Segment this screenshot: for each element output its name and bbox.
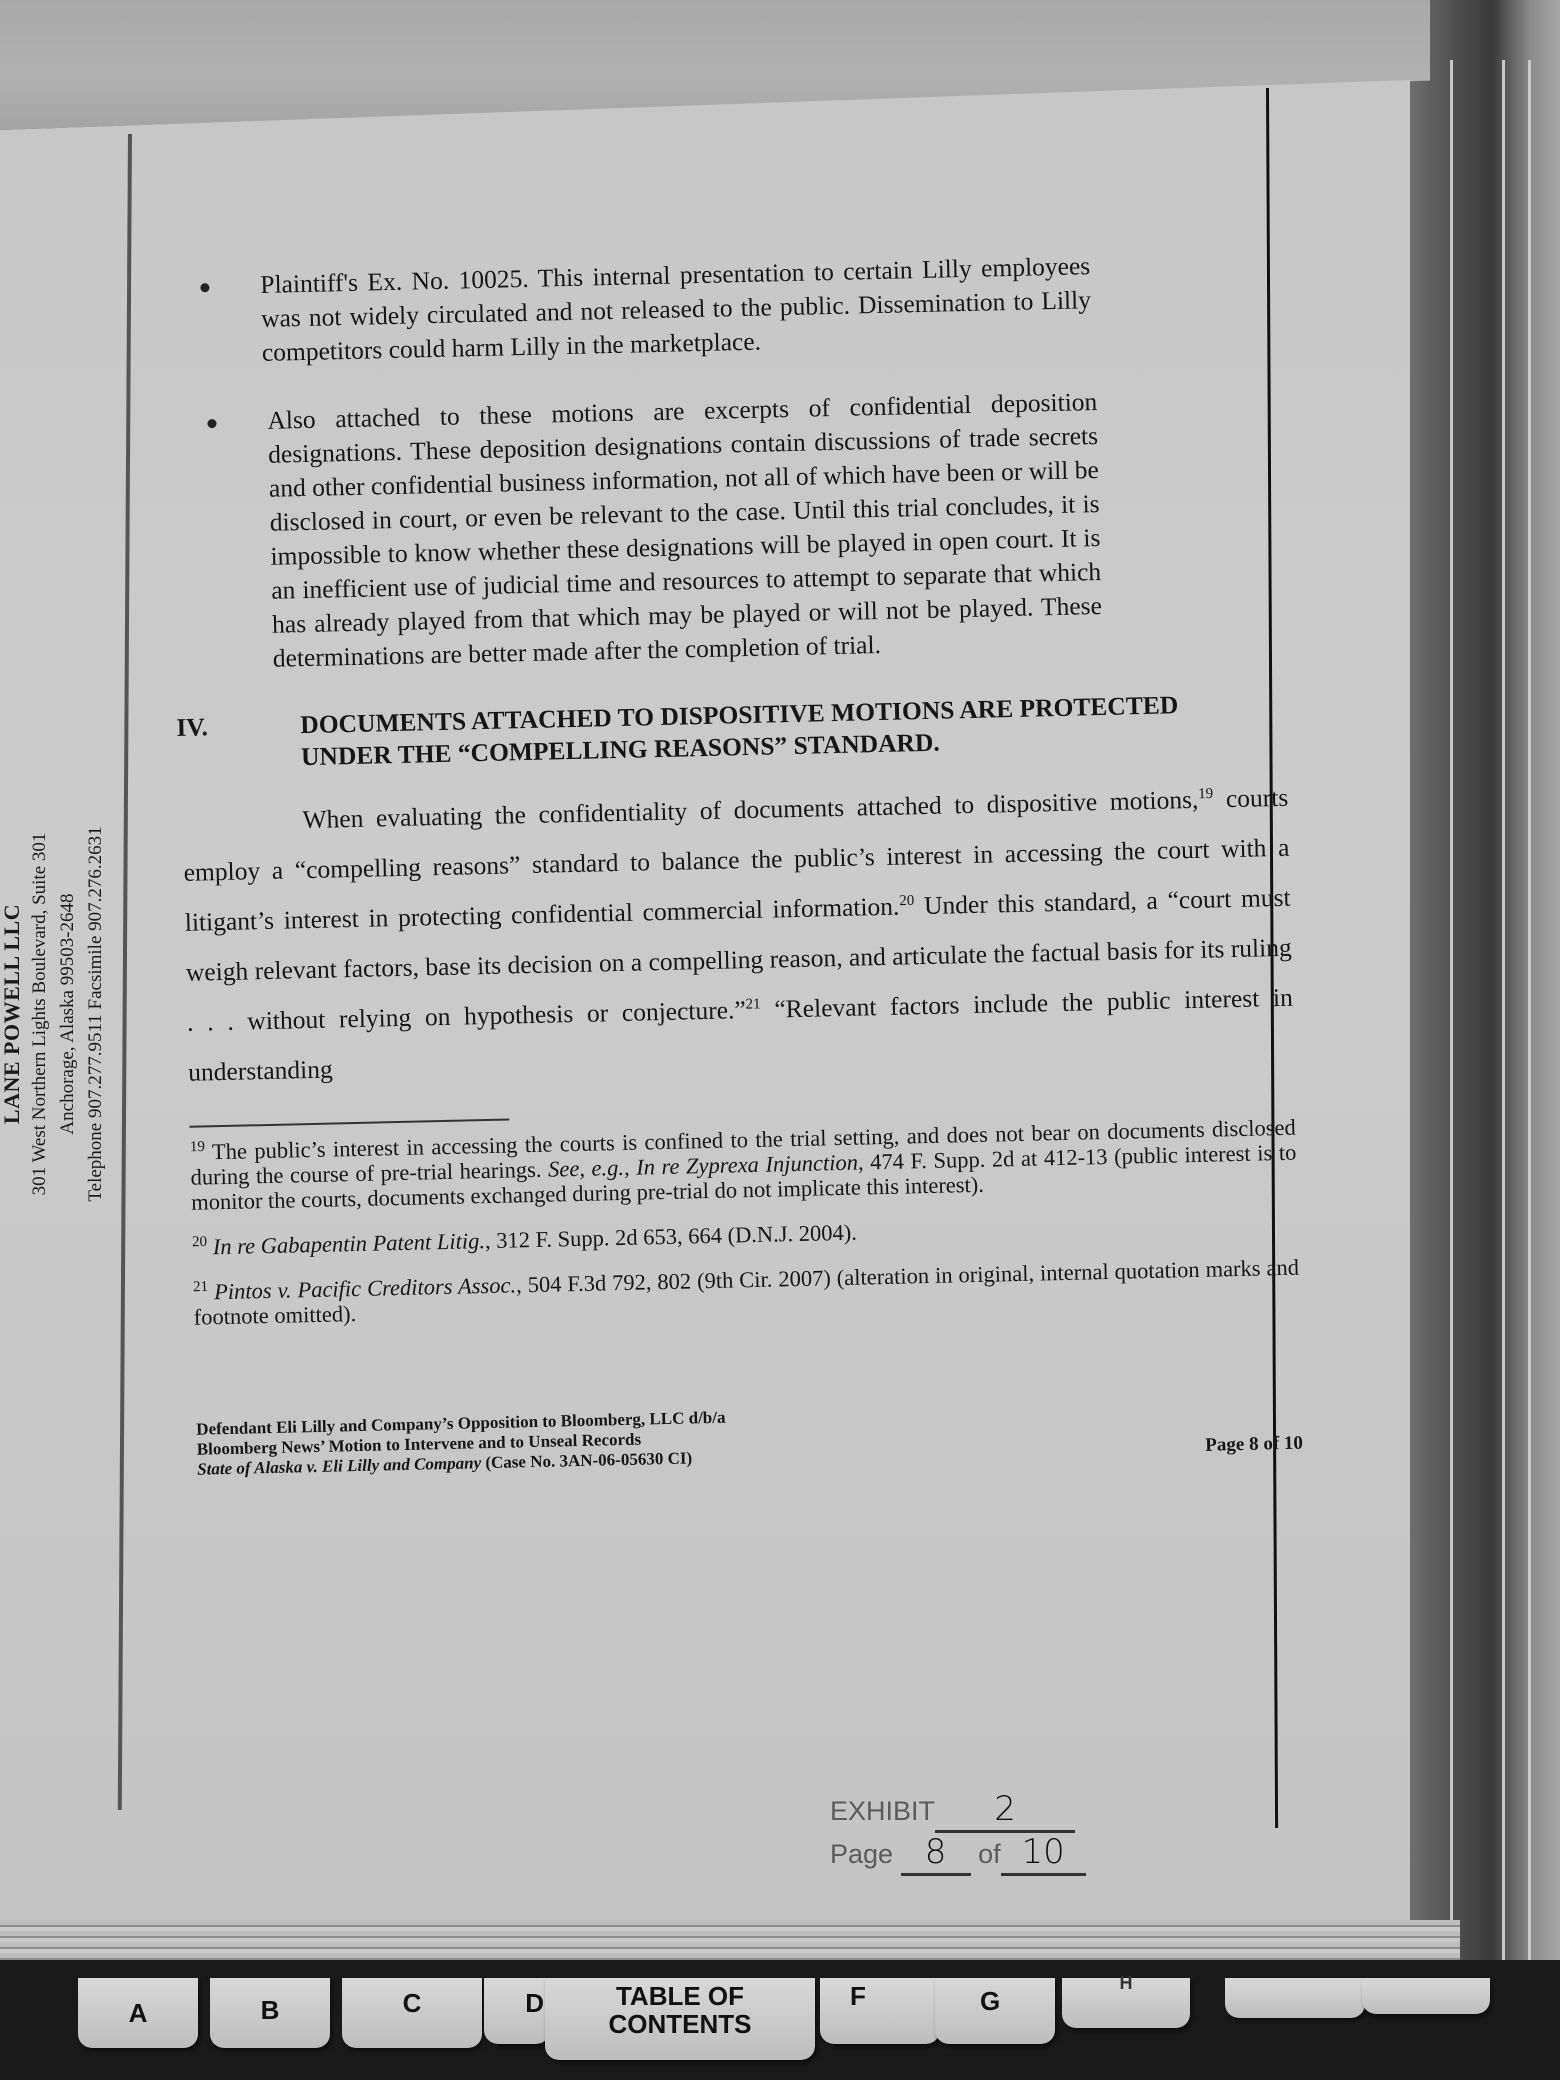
divider-tab-c[interactable]: C (342, 1978, 482, 2048)
footnote-21: 21 Pintos v. Pacific Creditors Assoc., 5… (193, 1255, 1300, 1330)
page-edges (0, 1920, 1460, 1960)
section-heading: IV. DOCUMENTS ATTACHED TO DISPOSITIVE MO… (176, 686, 1301, 775)
bullet-item: Plaintiff's Ex. No. 10025. This internal… (200, 249, 1092, 371)
footnote-divider (189, 1119, 509, 1128)
exhibit-stamp: EXHIBIT2 Page 8 of10 (830, 1790, 1086, 1876)
footer-caption: Defendant Eli Lilly and Company’s Opposi… (196, 1408, 727, 1480)
divider-tab-f[interactable]: F (820, 1978, 940, 2044)
divider-tab-a[interactable]: A (78, 1978, 198, 2048)
divider-tab-b[interactable]: B (210, 1978, 330, 2048)
bullet-text: Also attached to these motions are excer… (267, 387, 1102, 673)
stamp-total-pages: 10 (1021, 1832, 1064, 1872)
divider-tab-table-of-contents[interactable]: TABLE OF CONTENTS (545, 1978, 815, 2060)
binder-page-stack (1410, 0, 1560, 1960)
divider-tab-h[interactable]: H (1062, 1978, 1190, 2028)
footnote-ref: 20 (899, 893, 914, 909)
exhibit-number: 2 (994, 1789, 1016, 1829)
footnote-citation: In re Gabapentin Patent Litig. (213, 1228, 486, 1259)
section-title: DOCUMENTS ATTACHED TO DISPOSITIVE MOTION… (300, 688, 1241, 773)
body-paragraph: When evaluating the confidentiality of d… (182, 773, 1295, 1098)
page-content: Plaintiff's Ex. No. 10025. This internal… (170, 245, 1317, 1480)
firm-name: LANE POWELL LLC (0, 784, 26, 1244)
footnote-text: , 312 F. Supp. 2d 653, 664 (D.N.J. 2004)… (485, 1220, 857, 1253)
paragraph-text: When evaluating the confidentiality of d… (302, 785, 1198, 834)
footnote-ref: 19 (1198, 786, 1213, 802)
stamp-page-number: 8 (925, 1832, 947, 1872)
footnote-20: 20 In re Gabapentin Patent Litig., 312 F… (192, 1210, 1298, 1260)
bullet-item: Also attached to these motions are excer… (207, 385, 1103, 677)
section-number: IV. (176, 709, 301, 776)
divider-tab-g[interactable]: G (935, 1978, 1055, 2044)
case-number: (Case No. 3AN-06-05630 CI) (481, 1448, 692, 1472)
footnote-citation: Pintos v. Pacific Creditors Assoc. (214, 1272, 517, 1304)
divider-tab-blank[interactable] (1362, 1978, 1490, 2014)
footnote-number: 20 (192, 1234, 207, 1250)
firm-city: Anchorage, Alaska 99503-2648 (54, 784, 82, 1244)
bullet-icon (207, 419, 216, 428)
firm-address: 301 West Northern Lights Boulevard, Suit… (26, 784, 54, 1244)
footnote-number: 19 (190, 1139, 205, 1155)
bullet-text: Plaintiff's Ex. No. 10025. This internal… (260, 251, 1091, 367)
footnote-number: 21 (193, 1279, 208, 1295)
law-firm-sidebar: LANE POWELL LLC 301 West Northern Lights… (0, 784, 110, 1244)
footnote-19: 19 The public’s interest in accessing th… (190, 1115, 1297, 1215)
bullet-icon (200, 283, 209, 292)
divider-tab-blank[interactable] (1225, 1978, 1365, 2018)
stamp-of-label: of (978, 1839, 1001, 1869)
exhibit-label: EXHIBIT (830, 1796, 935, 1826)
footnote-ref: 21 (745, 996, 760, 1012)
firm-phone: Telephone 907.277.9511 Facsimile 907.276… (82, 784, 110, 1244)
stamp-page-label: Page (830, 1839, 893, 1869)
page-number: Page 8 of 10 (1205, 1433, 1303, 1457)
divider-tab-d[interactable]: D (484, 1978, 550, 2044)
